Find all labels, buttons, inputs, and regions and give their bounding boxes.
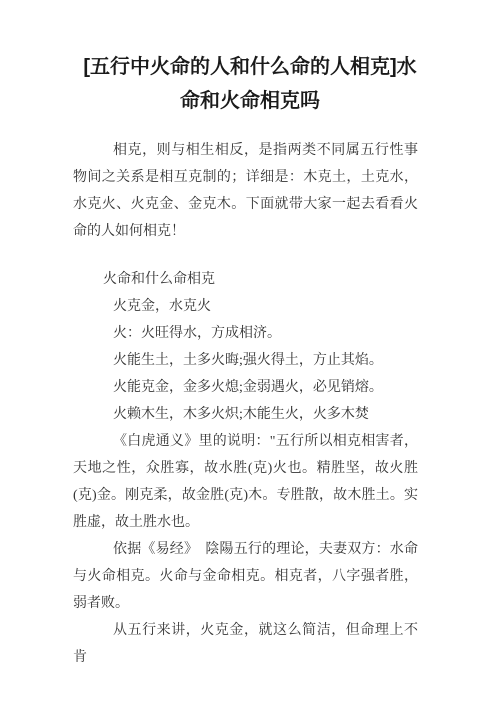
section-heading-fire-conflicts: 火命和什么命相克: [73, 266, 418, 293]
line-fire-wood: 火赖木生，木多火炽;木能生火，火多木焚: [73, 401, 418, 428]
paragraph-baihutongyi-quote: 《白虎通义》里的说明："五行所以相克相害者，天地之性，众胜寡，故水胜(克)火也。…: [73, 428, 418, 536]
line-fire-earth: 火能生土，土多火晦;强火得土，方止其焰。: [73, 347, 418, 374]
paragraph-intro: 相克，则与相生相反，是指两类不同属五行性事物间之关系是相互克制的；详细是：木克土…: [73, 137, 418, 245]
paragraph-closing-truncated: 从五行来讲，火克金，就这么简洁，但命理上不肯: [73, 617, 418, 671]
document-page: [五行中火命的人和什么命的人相克]水命和火命相克吗 相克，则与相生相反，是指两类…: [0, 0, 500, 708]
line-fire-beats-metal: 火克金，水克火: [73, 293, 418, 320]
page-title: [五行中火命的人和什么命的人相克]水命和火命相克吗: [74, 50, 426, 118]
article-body: 相克，则与相生相反，是指两类不同属五行性事物间之关系是相互克制的；详细是：木克土…: [0, 137, 500, 671]
line-fire-water-balance: 火：火旺得水，方成相济。: [73, 320, 418, 347]
paragraph-yijing-theory: 依据《易经》 陰陽五行的理论，夫妻双方：水命与火命相克。火命与金命相克。相克者，…: [73, 536, 418, 617]
line-fire-metal: 火能克金，金多火熄;金弱遇火，必见销熔。: [73, 374, 418, 401]
